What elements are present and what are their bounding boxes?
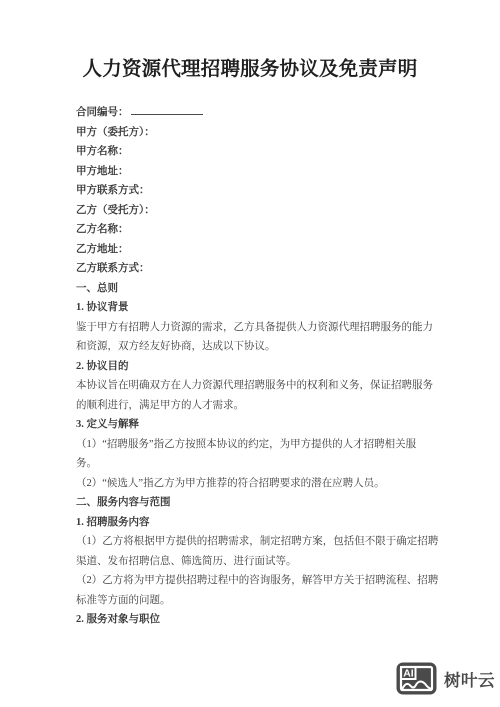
doc-line-text: 2. 服务对象与职位: [76, 614, 160, 625]
doc-line: 2. 服务对象与职位: [76, 610, 482, 630]
doc-line-text: 1. 协议背景: [76, 302, 129, 313]
contract-number-blank: [131, 103, 203, 115]
doc-line-text: 甲方（委托方）：: [76, 127, 155, 138]
doc-line-text: （2）“候选人”指乙方为甲方推荐的符合招聘要求的潜在应聘人员。: [76, 478, 385, 489]
doc-line-text: 2. 协议目的: [76, 361, 129, 372]
doc-line-text: 和资源，双方经友好协商，达成以下协议。: [76, 341, 276, 352]
doc-line: 标准等方面的问题。: [76, 591, 482, 611]
doc-line: 甲方（委托方）：: [76, 123, 482, 143]
doc-line-text: 乙方地址：: [76, 244, 129, 255]
doc-line: 1. 协议背景: [76, 298, 482, 318]
doc-line: 甲方地址：: [76, 162, 482, 182]
doc-line: 甲方联系方式：: [76, 181, 482, 201]
doc-line: （1）“招聘服务”指乙方按照本协议的约定，为甲方提供的人才招聘相关服: [76, 435, 482, 455]
doc-line: （1）乙方将根据甲方提供的招聘需求，制定招聘方案，包括但不限于确定招聘: [76, 532, 482, 552]
doc-line-text: 的顺利进行，满足甲方的人才需求。: [76, 400, 244, 411]
doc-line: 乙方地址：: [76, 240, 482, 260]
ai-icon-label: AI: [403, 668, 414, 680]
doc-line-text: 甲方名称：: [76, 146, 129, 157]
doc-line-text: 鉴于甲方有招聘人力资源的需求，乙方具备提供人力资源代理招聘服务的能力: [76, 322, 433, 333]
doc-line: 二、服务内容与范围: [76, 493, 482, 513]
doc-line: 乙方（受托方）：: [76, 201, 482, 221]
doc-line-text: 务。: [76, 458, 97, 469]
doc-line-text: 乙方（受托方）：: [76, 205, 155, 216]
brand-name: 树叶云: [444, 667, 495, 691]
doc-line-text: 一、总则: [76, 283, 118, 294]
doc-line: （2）乙方将为甲方提供招聘过程中的咨询服务，解答甲方关于招聘流程、招聘: [76, 571, 482, 591]
doc-line: 渠道、发布招聘信息、筛选简历、进行面试等。: [76, 552, 482, 572]
doc-line-text: 甲方地址：: [76, 166, 129, 177]
doc-line: 乙方名称：: [76, 220, 482, 240]
doc-line-text: 合同编号：: [76, 107, 129, 118]
doc-line: 合同编号：: [76, 103, 482, 123]
doc-line-text: 1. 招聘服务内容: [76, 517, 150, 528]
doc-line-text: 渠道、发布招聘信息、筛选简历、进行面试等。: [76, 556, 297, 567]
doc-line-text: 乙方联系方式：: [76, 263, 150, 274]
brand-watermark: AI 树叶云: [396, 662, 495, 695]
doc-line: （2）“候选人”指乙方为甲方推荐的符合招聘要求的潜在应聘人员。: [76, 474, 482, 494]
doc-line-text: 二、服务内容与范围: [76, 497, 171, 508]
doc-line-text: （1）“招聘服务”指乙方按照本协议的约定，为甲方提供的人才招聘相关服: [76, 439, 416, 450]
doc-line: 2. 协议目的: [76, 357, 482, 377]
doc-line: 务。: [76, 454, 482, 474]
doc-line: 3. 定义与解释: [76, 415, 482, 435]
doc-line-text: 乙方名称：: [76, 224, 129, 235]
doc-line: 乙方联系方式：: [76, 259, 482, 279]
doc-line: 甲方名称：: [76, 142, 482, 162]
document-body: 合同编号：甲方（委托方）：甲方名称：甲方地址：甲方联系方式：乙方（受托方）：乙方…: [76, 103, 482, 630]
doc-line-text: 标准等方面的问题。: [76, 595, 171, 606]
doc-line: 一、总则: [76, 279, 482, 299]
doc-line: 1. 招聘服务内容: [76, 513, 482, 533]
doc-line-text: （2）乙方将为甲方提供招聘过程中的咨询服务，解答甲方关于招聘流程、招聘: [76, 575, 438, 586]
doc-line: 的顺利进行，满足甲方的人才需求。: [76, 396, 482, 416]
doc-line-text: （1）乙方将根据甲方提供的招聘需求，制定招聘方案，包括但不限于确定招聘: [76, 536, 438, 547]
document-title: 人力资源代理招聘服务协议及免责声明: [0, 56, 500, 84]
doc-line: 鉴于甲方有招聘人力资源的需求，乙方具备提供人力资源代理招聘服务的能力: [76, 318, 482, 338]
ai-image-logo-icon: AI: [396, 662, 437, 695]
document-page: 人力资源代理招聘服务协议及免责声明 合同编号：甲方（委托方）：甲方名称：甲方地址…: [0, 0, 500, 707]
doc-line-text: 3. 定义与解释: [76, 419, 139, 430]
doc-line-text: 本协议旨在明确双方在人力资源代理招聘服务中的权利和义务，保证招聘服务: [76, 380, 433, 391]
doc-line-text: 甲方联系方式：: [76, 185, 150, 196]
doc-line: 本协议旨在明确双方在人力资源代理招聘服务中的权利和义务，保证招聘服务: [76, 376, 482, 396]
doc-line: 和资源，双方经友好协商，达成以下协议。: [76, 337, 482, 357]
